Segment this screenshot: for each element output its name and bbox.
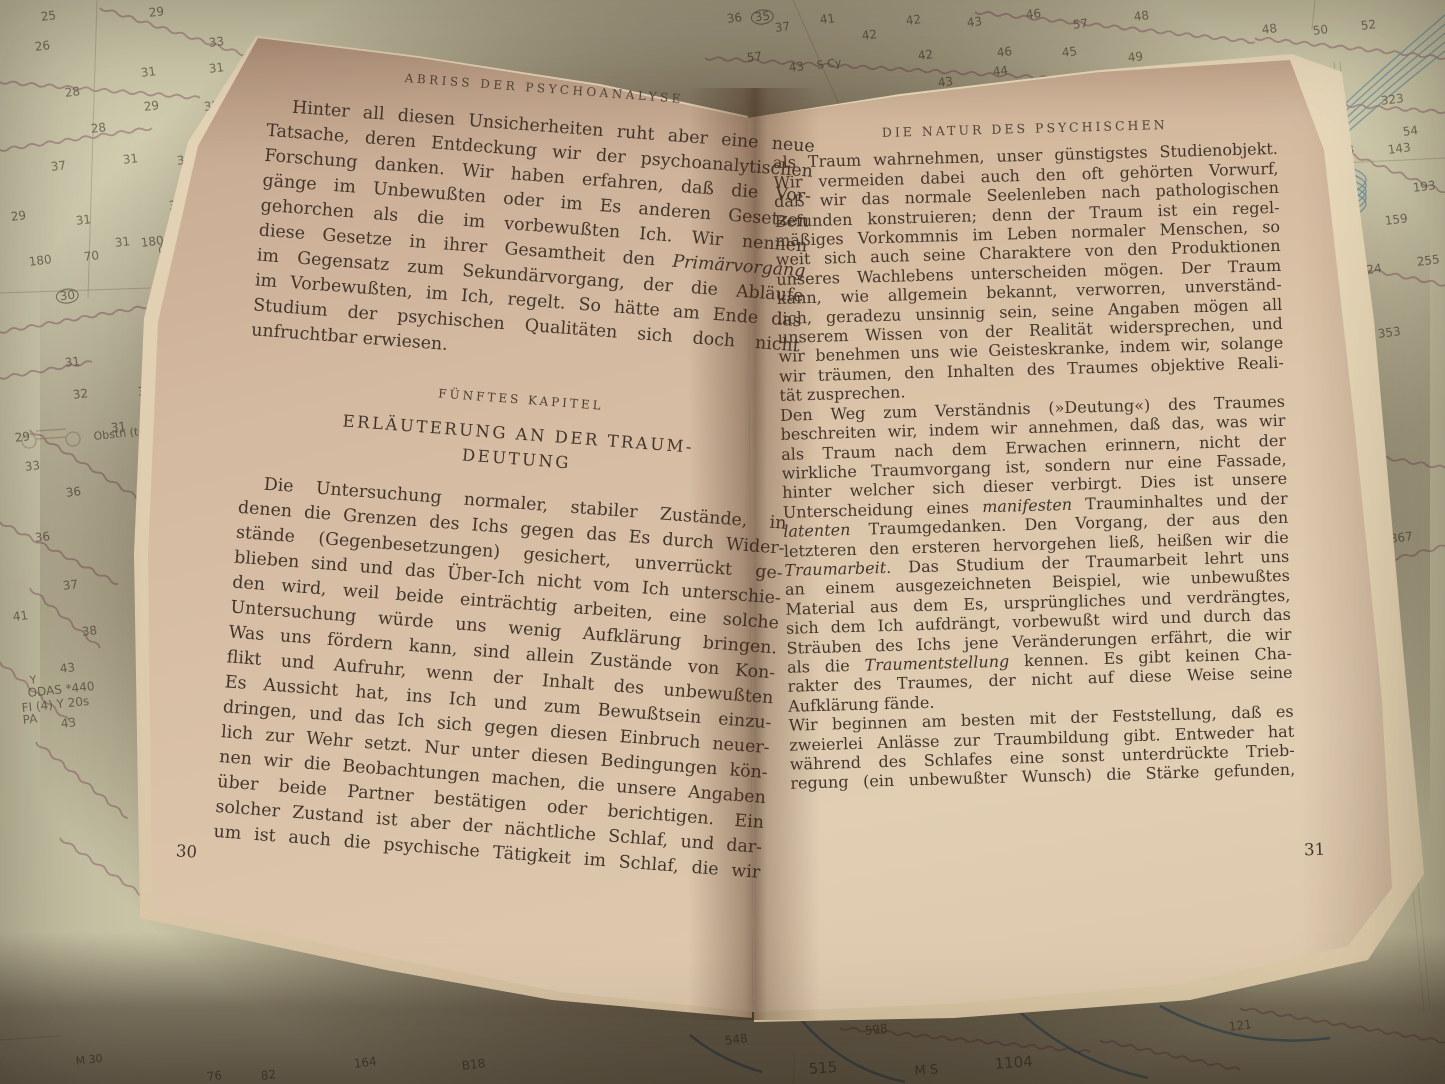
- right-page-number: 31: [1304, 840, 1326, 860]
- left-paragraph-1: Hinter all diesen Unsicherheiten ruht ab…: [250, 94, 815, 384]
- left-page-text: ABRISS DER PSYCHOANALYSE Hinter all dies…: [213, 56, 819, 886]
- left-page-number: 30: [175, 841, 197, 861]
- left-paragraph-2: Die Untersuchung normaler, stabiler Zust…: [213, 471, 788, 886]
- right-paragraph: als Traum wahrnehmen, unser günstigstes …: [773, 139, 1285, 405]
- right-paragraphs: als Traum wahrnehmen, unser günstigstes …: [773, 139, 1296, 793]
- right-paragraph: Wir beginnen am besten mit der Feststell…: [788, 702, 1295, 794]
- right-paragraph: Den Weg zum Verständnis (»Deutung«) des …: [780, 391, 1293, 715]
- photo-scene: 2529263331312829312837313229313318070311…: [0, 0, 1445, 1084]
- right-page-text: DIE NATUR DES PSYCHISCHEN als Traum wahr…: [772, 112, 1295, 794]
